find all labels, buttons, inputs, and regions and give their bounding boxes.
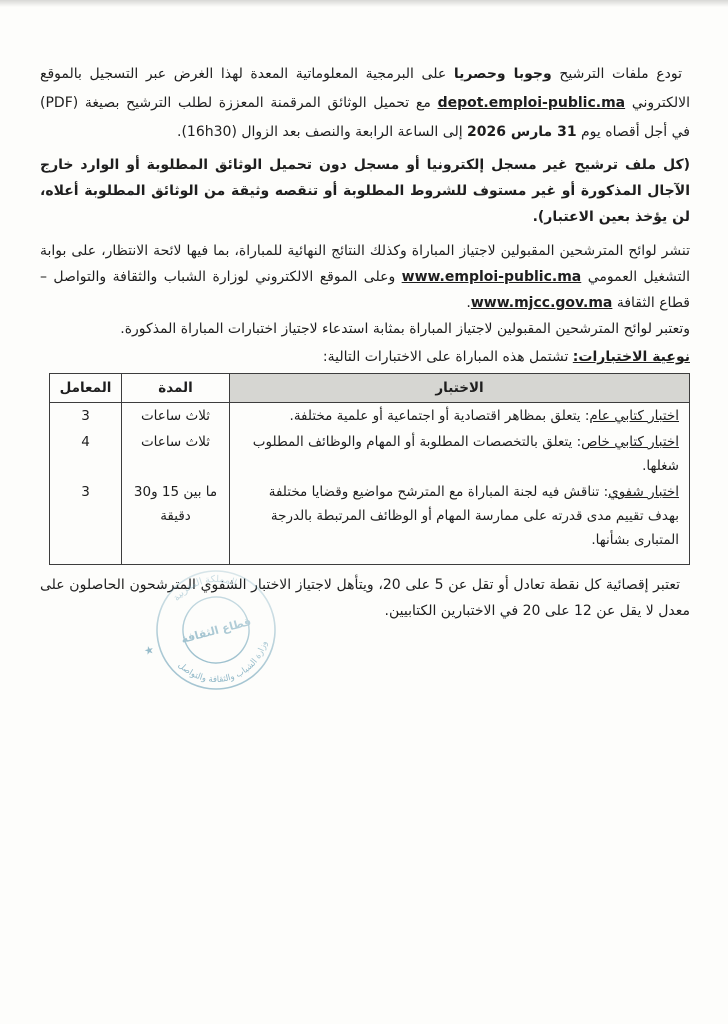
paragraph-rejection-warning: (كل ملف ترشيح غير مسجل إلكترونيا أو مسجل… bbox=[40, 152, 690, 230]
exam-duration-cell: ثلاث ساعات bbox=[122, 403, 230, 430]
deadline-date: 31 مارس 2026 bbox=[467, 124, 577, 140]
emploi-public-link[interactable]: www.emploi-public.ma bbox=[402, 269, 582, 285]
exam-coefficient-cell: 4 bbox=[50, 429, 122, 479]
p1-text-1: تودع ملفات الترشيح bbox=[552, 66, 682, 82]
exam-description-cell: اختبار كتابي خاص: يتعلق بالتخصصات المطلو… bbox=[230, 429, 690, 479]
paragraph-convocation-note: وتعتبر لوائح المترشحين المقبولين لاجتياز… bbox=[40, 316, 690, 342]
table-row-specific-written-test: اختبار كتابي خاص: يتعلق بالتخصصات المطلو… bbox=[50, 429, 690, 479]
exam-description-cell: اختبار كتابي عام: يتعلق بمظاهر اقتصادية … bbox=[230, 403, 690, 430]
column-header-exam: الاختبار bbox=[230, 374, 690, 403]
exam-desc: : يتعلق بمظاهر اقتصادية أو اجتماعية أو ع… bbox=[290, 408, 590, 424]
exams-table: الاختبار المدة المعامل اختبار كتابي عام:… bbox=[49, 373, 690, 565]
paragraph-submission: تودع ملفات الترشيح وجوبا وحصريا على البر… bbox=[40, 60, 690, 147]
exam-description-cell: اختبار شفوي: تناقش فيه لجنة المباراة مع … bbox=[230, 479, 690, 565]
table-row-oral-test: اختبار شفوي: تناقش فيه لجنة المباراة مع … bbox=[50, 479, 690, 565]
paragraph-results-publication: تنشر لوائح المترشحين المقبولين لاجتياز ا… bbox=[40, 238, 690, 316]
exam-coefficient-cell: 3 bbox=[50, 403, 122, 430]
tests-heading-title: نوعية الاختبارات: bbox=[573, 349, 690, 365]
document-body: تودع ملفات الترشيح وجوبا وحصريا على البر… bbox=[40, 60, 690, 624]
exam-title: اختبار كتابي خاص bbox=[581, 434, 679, 450]
column-header-duration: المدة bbox=[122, 374, 230, 403]
exam-title: اختبار شفوي bbox=[608, 484, 679, 500]
scanned-document-page: تودع ملفات الترشيح وجوبا وحصريا على البر… bbox=[0, 0, 728, 1024]
exam-title: اختبار كتابي عام bbox=[589, 408, 679, 424]
tests-heading: نوعية الاختبارات: تشتمل هذه المباراة على… bbox=[40, 344, 690, 370]
exams-table-header-row: الاختبار المدة المعامل bbox=[50, 374, 690, 403]
p1-text-4: إلى الساعة الرابعة والنصف بعد الزوال (16… bbox=[177, 124, 467, 140]
mjcc-gov-link[interactable]: www.mjcc.gov.ma bbox=[471, 295, 613, 311]
depot-emploi-public-link[interactable]: depot.emploi-public.ma bbox=[438, 95, 626, 111]
exam-duration-cell: ثلاث ساعات bbox=[122, 429, 230, 479]
scan-edge-artifact bbox=[0, 0, 728, 7]
star-icon: ★ bbox=[143, 643, 156, 658]
p1-bold-mandatory: وجوبا وحصريا bbox=[454, 66, 552, 82]
column-header-coefficient: المعامل bbox=[50, 374, 122, 403]
table-row-general-written-test: اختبار كتابي عام: يتعلق بمظاهر اقتصادية … bbox=[50, 403, 690, 430]
exam-coefficient-cell: 3 bbox=[50, 479, 122, 565]
tests-heading-rest: تشتمل هذه المباراة على الاختبارات التالي… bbox=[323, 349, 573, 365]
stamp-center-text: قطاع الثقافة bbox=[180, 615, 253, 646]
